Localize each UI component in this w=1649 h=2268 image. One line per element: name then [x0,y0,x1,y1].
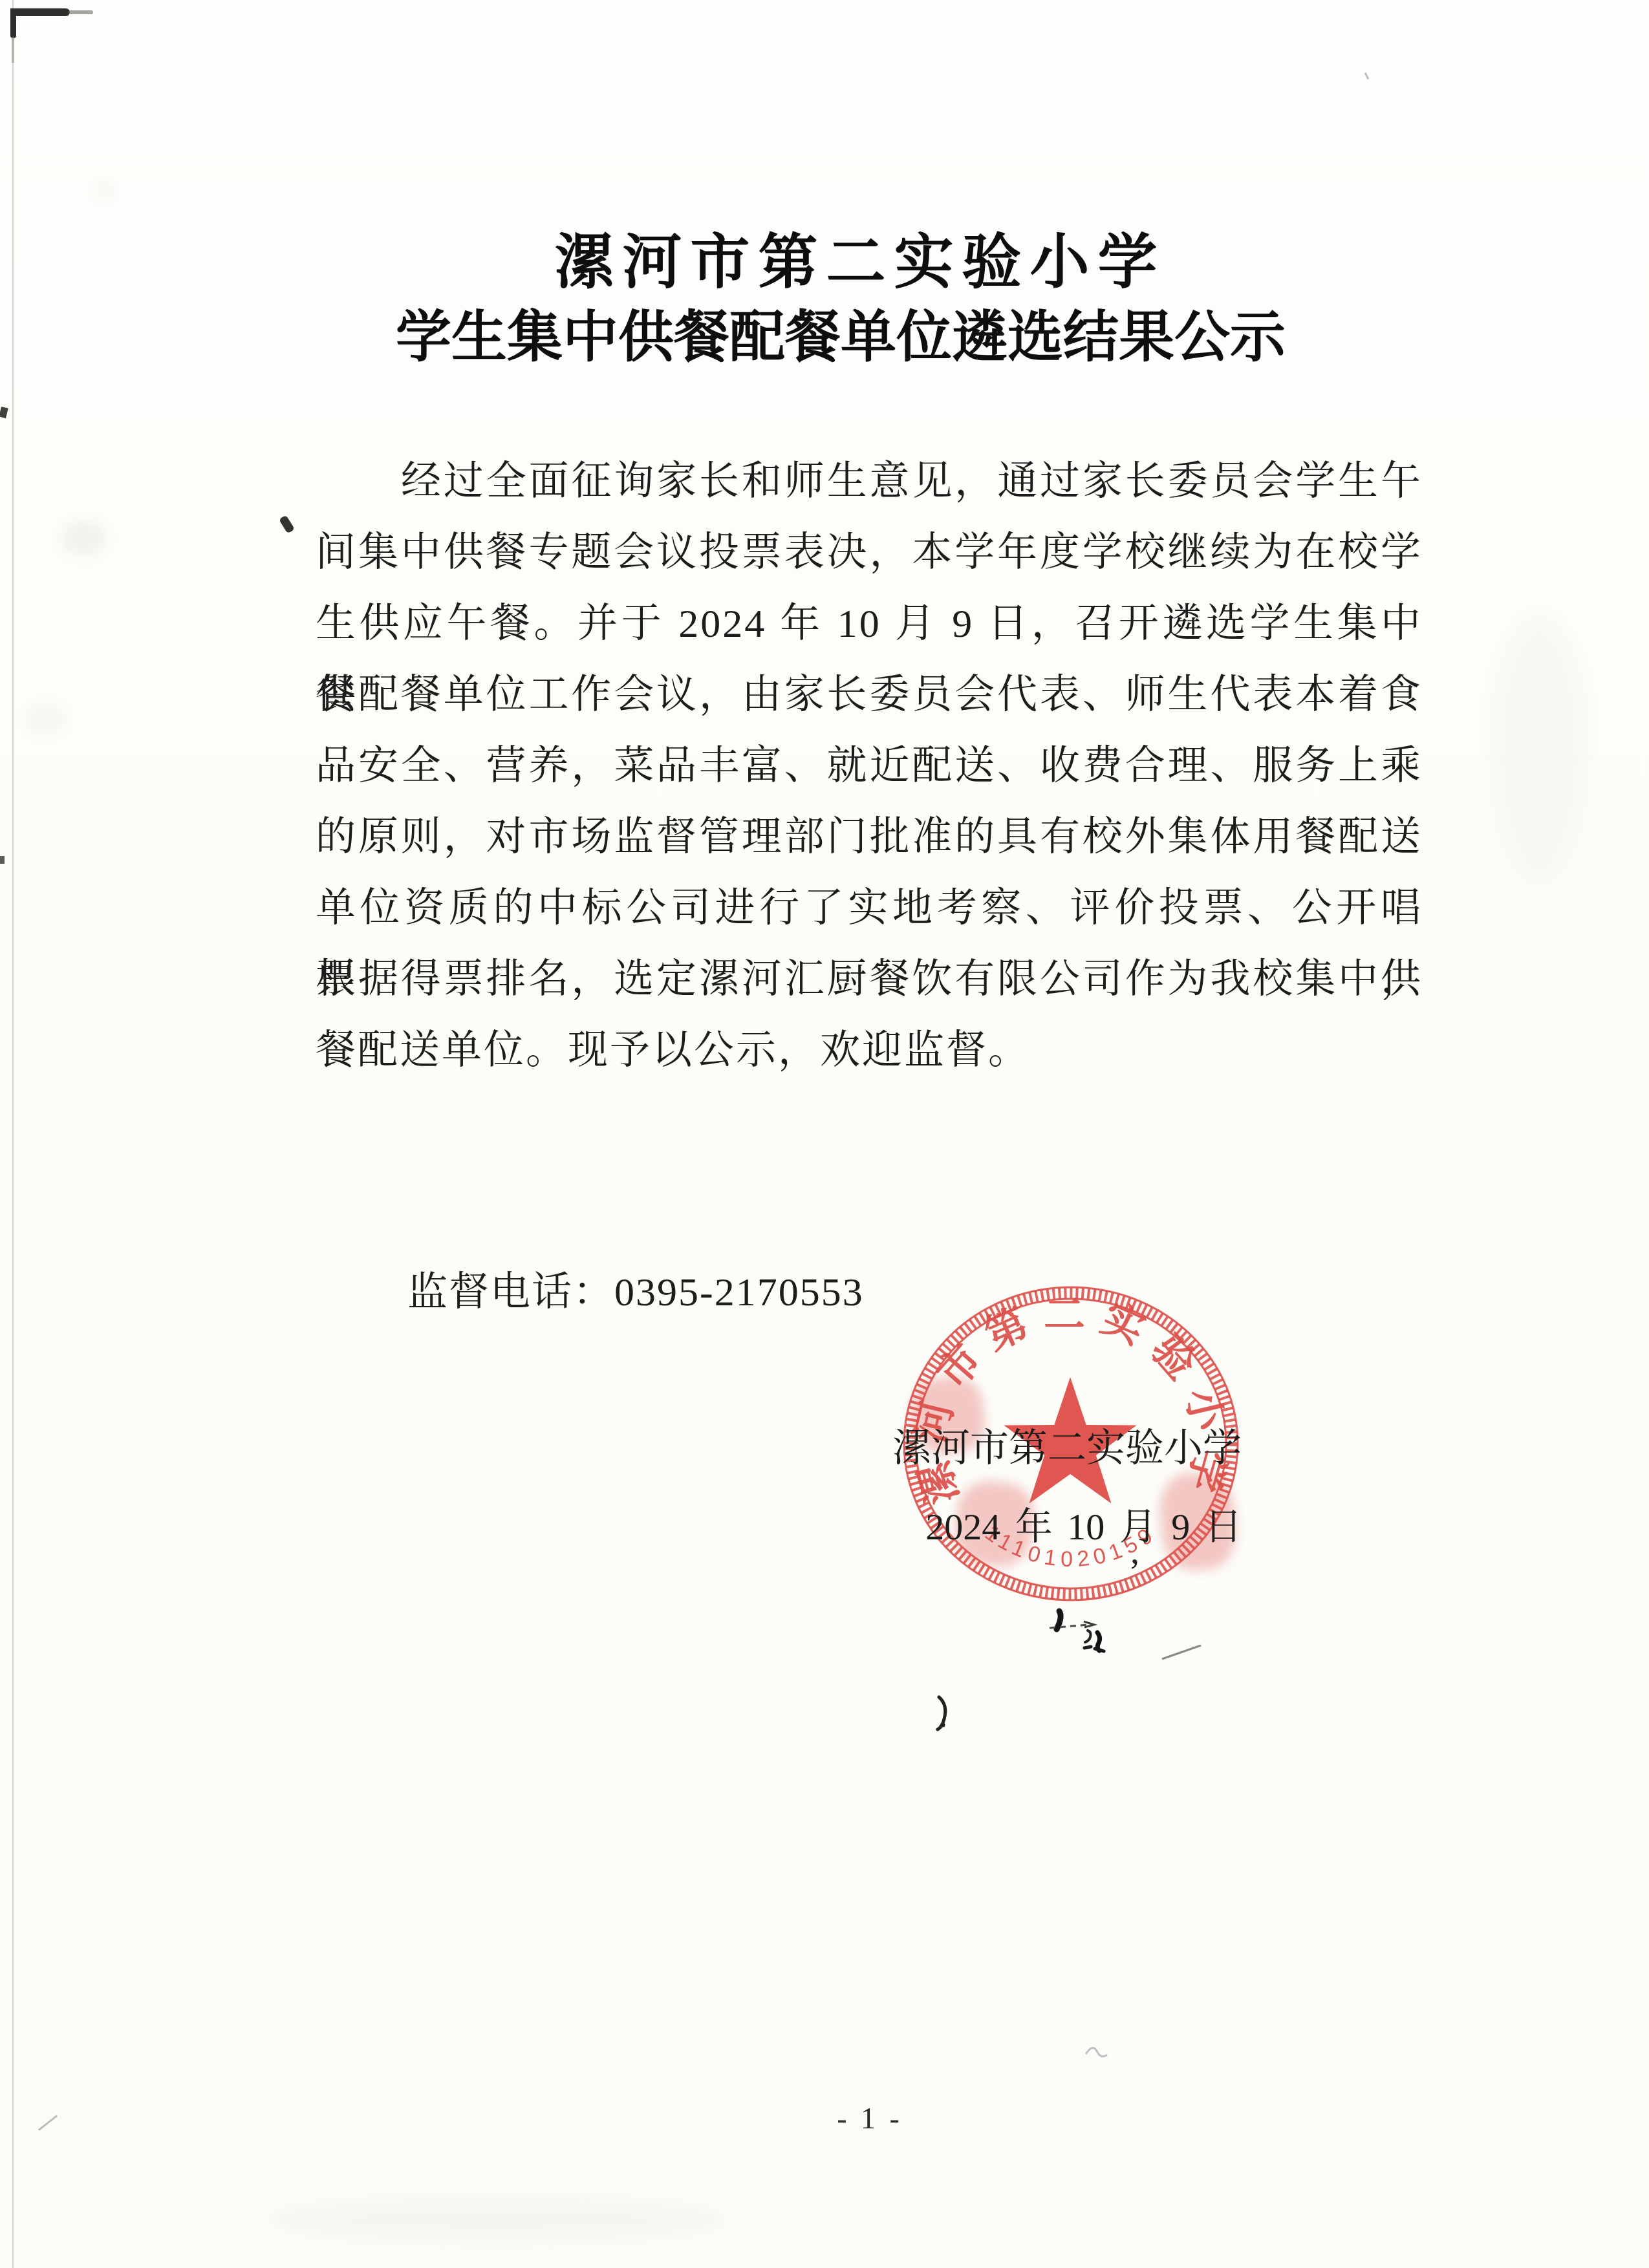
faint-squiggle-mark [1084,2035,1112,2068]
scan-edge-line [12,0,14,2268]
scan-corner-mark [10,8,70,16]
stray-ink-tick [279,515,295,534]
scan-streak [38,2115,58,2131]
scan-speck [1364,72,1370,80]
scan-edge-tick [0,407,8,418]
ink-dot [941,1723,945,1728]
scan-smudge [272,2197,724,2242]
supervision-phone-number: 0395-2170553 [614,1270,864,1314]
body-line: 品安全、营养，菜品丰富、就近配送、收费合理、服务上乘 [316,731,1423,802]
stray-ink-comma: , [1130,1531,1139,1572]
body-paragraph: 经过全面征询家长和师生意见，通过家长委员会学生午 间集中供餐专题会议投票表决，本… [316,446,1423,1086]
ink-diagonal-line [1162,1645,1201,1659]
body-line: 间集中供餐专题会议投票表决，本学年度学校继续为在校学 [316,517,1423,588]
scanned-document-page: 漯河市第二实验小学 学生集中供餐配餐单位遴选结果公示 经过全面征询家长和师生意见… [0,0,1649,2268]
ink-dash-dot [1084,1647,1104,1651]
supervision-phone-label: 监督电话： [407,1270,614,1314]
body-line: 餐配餐单位工作会议，由家长委员会代表、师生代表本着食 [316,659,1423,731]
scan-edge-tick [0,856,5,864]
scan-smudge [61,520,107,556]
scan-corner-mark-vertical [10,8,16,38]
signature-date: 2024 年 10 月 9 日 [925,1496,1242,1550]
scan-smudge [96,182,113,199]
body-line: 经过全面征询家长和师生意见，通过家长委员会学生午 [316,446,1423,517]
body-line: 的原则，对市场监督管理部门批准的具有校外集体用餐配送 [316,802,1423,873]
document-title-line2: 学生集中供餐配餐单位遴选结果公示 [396,292,1286,372]
body-line: 餐配送单位。现予以公示，欢迎监督。 [316,1015,1423,1086]
body-line: 生供应午餐。并于 2024 年 10 月 9 日，召开遴选学生集中供 [316,588,1423,659]
body-line: 根据得票排名，选定漯河汇厨餐饮有限公司作为我校集中供 [316,944,1423,1015]
scan-smudge [1487,614,1591,886]
supervision-phone-line: 监督电话：0395-2170553 [407,1259,864,1317]
document-title-line1: 漯河市第二实验小学 [554,215,1165,300]
scan-smudge [26,705,65,734]
signature-school-name: 漯河市第二实验小学 [892,1417,1242,1473]
page-number: - 1 - [837,2101,903,2135]
ink-comma-mark [1085,1631,1091,1642]
ink-marks [918,1603,1216,1733]
body-line: 单位资质的中标公司进行了实地考察、评价投票、公开唱票， [316,873,1423,944]
